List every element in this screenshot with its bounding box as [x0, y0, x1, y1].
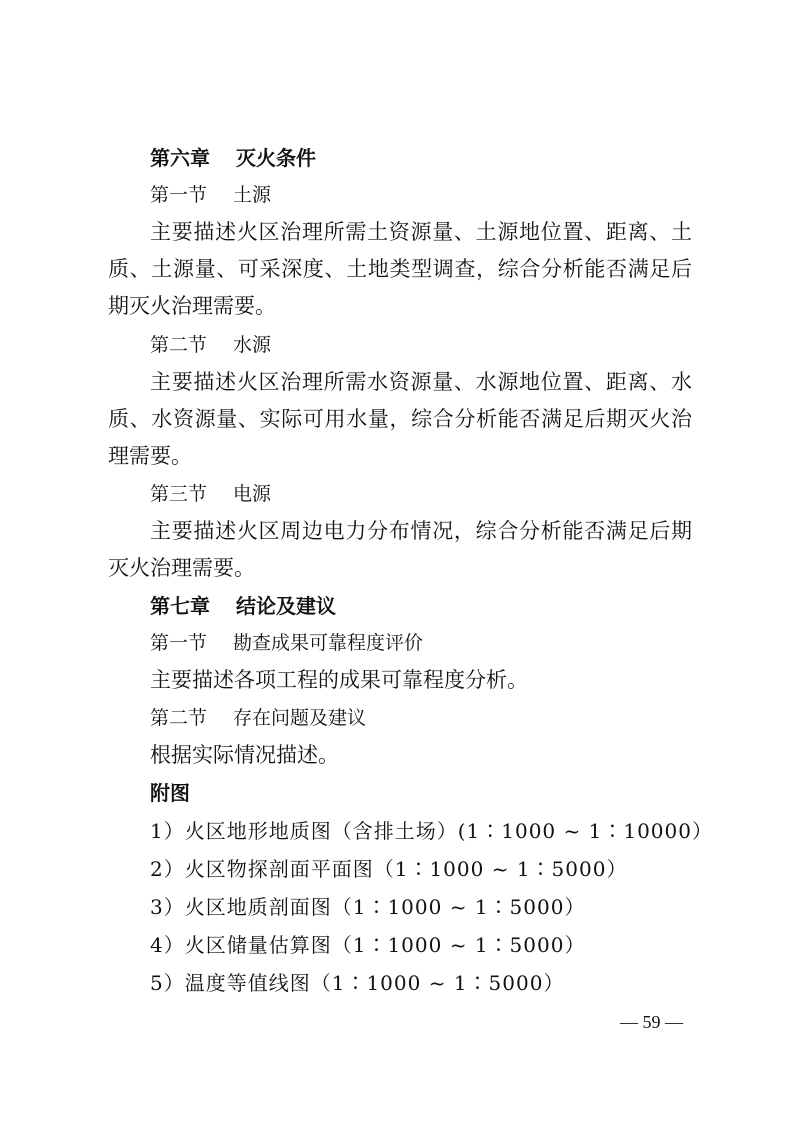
- section-1-heading: 第一节土源: [108, 177, 692, 214]
- section-title: 存在问题及建议: [233, 707, 366, 729]
- section-title: 勘查成果可靠程度评价: [233, 632, 423, 654]
- section-title: 土源: [233, 184, 271, 206]
- c7-section-2-heading: 第二节存在问题及建议: [108, 700, 692, 737]
- section-title: 电源: [233, 483, 271, 505]
- appendix-item: 1）火区地形地质图（含排土场）(1∶1000 ~ 1∶10000）: [108, 813, 692, 850]
- section-title: 水源: [233, 334, 271, 356]
- paragraph-line: 灭火治理需要。: [108, 550, 692, 587]
- c7-section-1-heading: 第一节勘查成果可靠程度评价: [108, 625, 692, 662]
- chapter-num: 第六章: [150, 146, 210, 170]
- chapter-7-heading: 第七章结论及建议: [108, 588, 692, 625]
- section-2-heading: 第二节水源: [108, 327, 692, 364]
- paragraph-line: 主要描述火区治理所需水资源量、水源地位置、距离、水: [108, 364, 692, 401]
- chapter-title: 灭火条件: [236, 146, 316, 170]
- appendix-item: 4）火区储量估算图（1∶1000 ~ 1∶5000）: [108, 927, 692, 964]
- chapter-num: 第七章: [150, 594, 210, 618]
- paragraph-line: 质、水资源量、实际可用水量，综合分析能否满足后期灭火治: [108, 401, 692, 438]
- paragraph-line: 质、土源量、可采深度、土地类型调查，综合分析能否满足后: [108, 251, 692, 288]
- appendix-item: 2）火区物探剖面平面图（1∶1000 ~ 1∶5000）: [108, 851, 692, 888]
- paragraph-line: 主要描述各项工程的成果可靠程度分析。: [108, 662, 692, 699]
- chapter-title: 结论及建议: [236, 594, 336, 618]
- appendix-item: 3）火区地质剖面图（1∶1000 ~ 1∶5000）: [108, 889, 692, 926]
- appendix-item: 5）温度等值线图（1∶1000 ~ 1∶5000）: [108, 965, 692, 1002]
- section-num: 第二节: [150, 334, 207, 356]
- appendix-heading: 附图: [108, 775, 692, 812]
- paragraph-line: 理需要。: [108, 438, 692, 475]
- paragraph-line: 根据实际情况描述。: [108, 737, 692, 774]
- section-3-heading: 第三节电源: [108, 476, 692, 513]
- chapter-6-heading: 第六章灭火条件: [108, 140, 692, 177]
- section-num: 第二节: [150, 707, 207, 729]
- page-number: — 59 —: [620, 1012, 683, 1033]
- paragraph-line: 主要描述火区治理所需土资源量、土源地位置、距离、土: [108, 214, 692, 251]
- section-num: 第一节: [150, 632, 207, 654]
- section-num: 第一节: [150, 184, 207, 206]
- paragraph-line: 期灭火治理需要。: [108, 288, 692, 325]
- section-num: 第三节: [150, 483, 207, 505]
- paragraph-line: 主要描述火区周边电力分布情况，综合分析能否满足后期: [108, 513, 692, 550]
